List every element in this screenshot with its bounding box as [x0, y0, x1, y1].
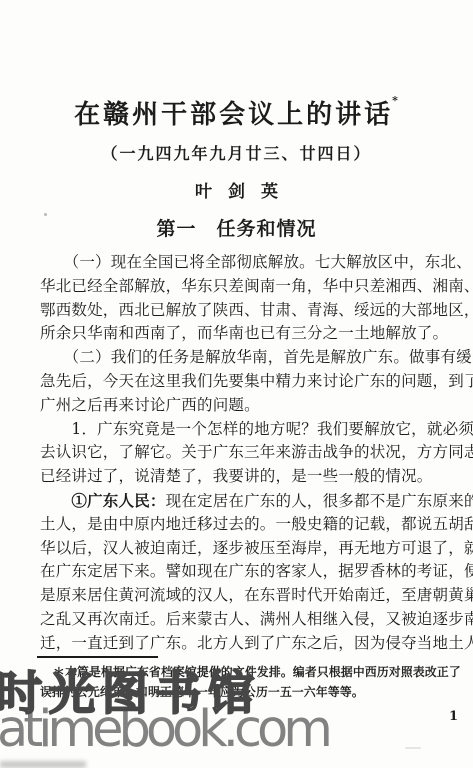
body-line: ①广东人民：现在定居在广东的人，很多都不是广东原来的 [40, 489, 448, 513]
body-line: 在广东定居下来。譬如现在广东的客家人，据罗香林的考证，便 [40, 560, 448, 584]
body-line: 1．广东究竟是一个怎样的地方呢？我们要解放它，就必须 [40, 418, 448, 442]
scan-speck [44, 213, 47, 216]
scan-speck [405, 747, 421, 749]
body-line: 之乱又再次南迁。后来蒙古人、满州人相继入侵，又被迫逐步南 [40, 608, 448, 632]
page-number: 1 [449, 709, 458, 724]
body-line: 华以后，汉人被迫南迁，逐步被压至海岸，再无地方可退了，就 [40, 537, 448, 561]
page-title: 在赣州干部会议上的讲话* [0, 94, 473, 131]
section-heading: 第一 任务和情况 [0, 214, 473, 241]
watermark-chinese: 时光图书馆 [0, 657, 261, 723]
scanned-book-page: 在赣州干部会议上的讲话* （一九四九年九月廿三、廿四日） 叶剑英 第一 任务和情… [0, 0, 473, 768]
body-line: 急先后，今天在这里我们先要集中精力来讨论广东的问题，到了 [40, 370, 448, 394]
body-line: 广州之后再来讨论广西的问题。 [40, 394, 448, 418]
body-line: 鄂西数处，西北已解放了陕西、甘肃、青海、绥远的大部地区， [40, 299, 448, 323]
body-line: 去认识它，了解它。关于广东三年来游击战争的状况，方方同志 [40, 441, 448, 465]
body-line: （一）现在全国已将全部彻底解放。七大解放区中，东北、 [40, 251, 448, 275]
emphasis-lead: ①广东人民： [40, 491, 166, 510]
body-line: 华北已经全部解放，华东只差闽南一角，华中只差湘西、湘南、 [40, 275, 448, 299]
body-line: 已经讲过了，说清楚了，我要讲的，是一些一般的情况。 [40, 465, 448, 489]
body-line: 所余只华南和西南了，而华南也已有三分之一土地解放了。 [40, 322, 448, 346]
body-line: 土人，是由中原内地迁移过去的。一般史籍的记载，都说五胡乱 [40, 513, 448, 537]
footnote-marker: * [392, 94, 398, 107]
body-line: （二）我们的任务是解放华南，首先是解放广东。做事有缓 [40, 346, 448, 370]
page-title-text: 在赣州干部会议上的讲话 [74, 100, 393, 130]
date-line: （一九四九年九月廿三、廿四日） [0, 141, 473, 164]
author-name: 叶剑英 [8, 177, 473, 202]
body-line-text: 现在定居在广东的人，很多都不是广东原来的 [166, 492, 473, 510]
scan-edge-smudge [0, 761, 86, 768]
body-line: 是原来居住黄河流域的汉人，在东晋时代开始南迁，至唐朝黄巢 [40, 584, 448, 608]
body-text: （一）现在全国已将全部彻底解放。七大解放区中，东北、 华北已经全部解放，华东只差… [40, 251, 448, 656]
body-line: 迁，一直迁到了广东。北方人到了广东之后，因为侵夺当地土人 [40, 632, 448, 656]
